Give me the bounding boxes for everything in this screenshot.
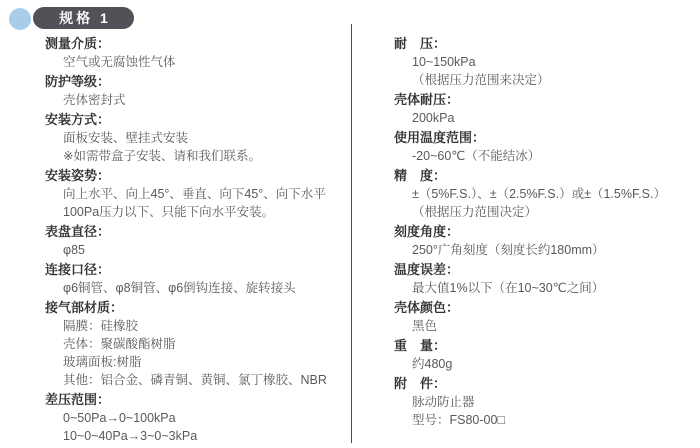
spec-section-value: 玻璃面板:树脂: [45, 353, 345, 371]
spec-section-value: 约480g: [394, 355, 694, 373]
section-measuring-medium: 测量介质： 空气或无腐蚀性气体: [45, 35, 345, 71]
spec-section-value: 黑色: [394, 317, 694, 335]
spec-section-label: 接气部材质：: [45, 299, 345, 317]
section-accessories: 附 件： 脉动防止器 型号：FS80-00□: [394, 375, 694, 429]
spec-section-label: 耐 压：: [394, 35, 694, 53]
spec-section-value: 100Pa压力以下、只能下向水平安装。: [45, 203, 345, 221]
section-scale-angle: 刻度角度： 250°广角刻度（刻度长约180mm）: [394, 223, 694, 259]
spec-section-value: ±（5%F.S.）、±（2.5%F.S.）或±（1.5%F.S.）: [394, 185, 694, 203]
section-weight: 重 量： 约480g: [394, 337, 694, 373]
section-differential-pressure-range: 差压范围： 0~50Pa→0~100kPa 10~0~40Pa→3~0~3kPa: [45, 391, 345, 445]
spec-section-label: 表盘直径：: [45, 223, 345, 241]
section-mounting-method: 安装方式： 面板安装、壁挂式安装 ※如需带盒子安装、请和我们联系。: [45, 111, 345, 165]
section-case-color: 壳体颜色： 黑色: [394, 299, 694, 335]
section-operating-temperature-range: 使用温度范围： -20~60℃（不能结冰）: [394, 129, 694, 165]
header-circle-icon: [9, 8, 31, 30]
spec-section-label: 附 件：: [394, 375, 694, 393]
spec-section-value: 空气或无腐蚀性气体: [45, 53, 345, 71]
spec-section-label: 壳体颜色：: [394, 299, 694, 317]
spec-section-label: 差压范围：: [45, 391, 345, 409]
spec-section-value: （根据压力范围决定）: [394, 203, 694, 221]
spec-section-value: φ6铜管、φ8铜管、φ6倒钩连接、旋转接头: [45, 279, 345, 297]
spec-section-value: 200kPa: [394, 109, 694, 127]
section-accuracy: 精 度： ±（5%F.S.）、±（2.5%F.S.）或±（1.5%F.S.） （…: [394, 167, 694, 221]
spec-section-value: 250°广角刻度（刻度长约180mm）: [394, 241, 694, 259]
spec-section-label: 使用温度范围：: [394, 129, 694, 147]
spec-sheet-page: 规格 1 测量介质： 空气或无腐蚀性气体 防护等级： 壳体密封式 安装方式： 面…: [0, 0, 700, 448]
spec-section-label: 连接口径：: [45, 261, 345, 279]
spec-section-value: 其他：铝合金、磷青铜、黄铜、氯丁橡胶、NBR: [45, 371, 345, 389]
spec-section-label: 防护等级：: [45, 73, 345, 91]
section-temperature-error: 温度误差： 最大值1%以下（在10~30℃之间）: [394, 261, 694, 297]
spec-section-value: -20~60℃（不能结冰）: [394, 147, 694, 165]
column-divider: [351, 24, 352, 443]
spec-section-value: （根据压力范围来决定）: [394, 71, 694, 89]
spec-section-value: 脉动防止器: [394, 393, 694, 411]
spec-section-label: 测量介质：: [45, 35, 345, 53]
spec-section-label: 温度误差：: [394, 261, 694, 279]
spec-section-value: 0~50Pa→0~100kPa: [45, 409, 345, 427]
header-banner: 规格 1: [33, 7, 134, 29]
spec-section-value: 向上水平、向上45°、垂直、向下45°、向下水平: [45, 185, 345, 203]
spec-section-value: 壳体密封式: [45, 91, 345, 109]
section-dial-diameter: 表盘直径： φ85: [45, 223, 345, 259]
spec-section-value: 10~150kPa: [394, 53, 694, 71]
spec-section-value: 10~0~40Pa→3~0~3kPa: [45, 427, 345, 445]
page-title: 规格 1: [59, 8, 111, 28]
spec-section-value: 面板安装、壁挂式安装: [45, 129, 345, 147]
section-gas-contact-materials: 接气部材质： 隔膜：硅橡胶 壳体：聚碳酸酯树脂 玻璃面板:树脂 其他：铝合金、磷…: [45, 299, 345, 389]
spec-section-label: 精 度：: [394, 167, 694, 185]
spec-section-value: ※如需带盒子安装、请和我们联系。: [45, 147, 345, 165]
spec-section-label: 壳体耐压：: [394, 91, 694, 109]
section-connection-size: 连接口径： φ6铜管、φ8铜管、φ6倒钩连接、旋转接头: [45, 261, 345, 297]
spec-section-label: 安装方式：: [45, 111, 345, 129]
spec-section-label: 刻度角度：: [394, 223, 694, 241]
spec-column-left: 测量介质： 空气或无腐蚀性气体 防护等级： 壳体密封式 安装方式： 面板安装、壁…: [45, 35, 345, 447]
spec-column-right: 耐 压： 10~150kPa （根据压力范围来决定） 壳体耐压： 200kPa …: [394, 35, 694, 431]
spec-section-value: 壳体：聚碳酸酯树脂: [45, 335, 345, 353]
section-case-pressure-resistance: 壳体耐压： 200kPa: [394, 91, 694, 127]
spec-section-value: 型号：FS80-00□: [394, 411, 694, 429]
spec-section-value: 最大值1%以下（在10~30℃之间）: [394, 279, 694, 297]
section-mounting-posture: 安装姿势： 向上水平、向上45°、垂直、向下45°、向下水平 100Pa压力以下…: [45, 167, 345, 221]
spec-section-value: φ85: [45, 241, 345, 259]
spec-section-label: 安装姿势：: [45, 167, 345, 185]
section-protection-class: 防护等级： 壳体密封式: [45, 73, 345, 109]
spec-section-value: 隔膜：硅橡胶: [45, 317, 345, 335]
spec-section-label: 重 量：: [394, 337, 694, 355]
section-pressure-resistance: 耐 压： 10~150kPa （根据压力范围来决定）: [394, 35, 694, 89]
